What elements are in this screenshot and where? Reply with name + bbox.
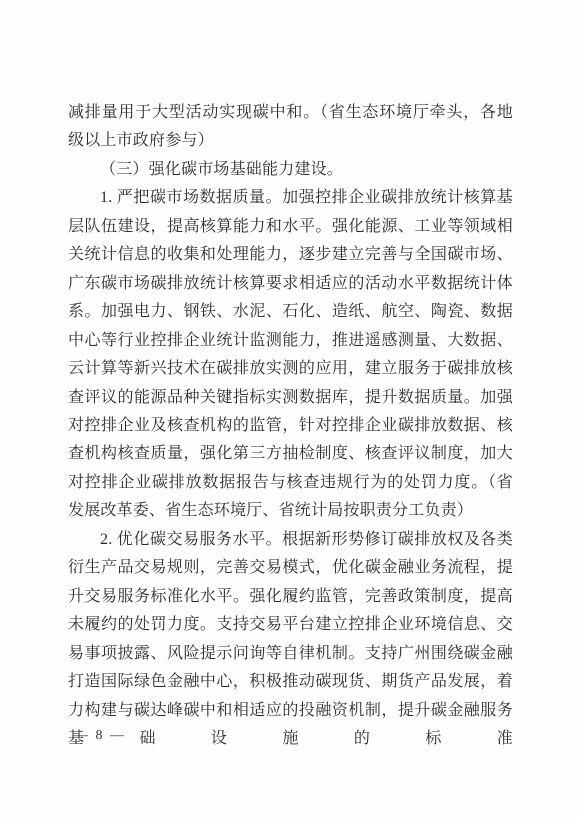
paragraph-item-2: 2. 优化碳交易服务水平。根据新形势修订碳排放权及各类衍生产品交易规则，完善交易… [68, 526, 513, 754]
page-number: — 8 — [74, 728, 126, 744]
section-heading: （三）强化碳市场基础能力建设。 [68, 156, 513, 184]
paragraph-item-1: 1. 严把碳市场数据质量。加强控排企业碳排放统计核算基层队伍建设，提高核算能力和… [68, 184, 513, 525]
paragraph-continuation: 减排量用于大型活动实现碳中和。（省生态环境厅牵头，各地级以上市政府参与） [68, 99, 513, 156]
document-page: 减排量用于大型活动实现碳中和。（省生态环境厅牵头，各地级以上市政府参与） （三）… [0, 0, 578, 818]
document-content: 减排量用于大型活动实现碳中和。（省生态环境厅牵头，各地级以上市政府参与） （三）… [68, 99, 513, 753]
